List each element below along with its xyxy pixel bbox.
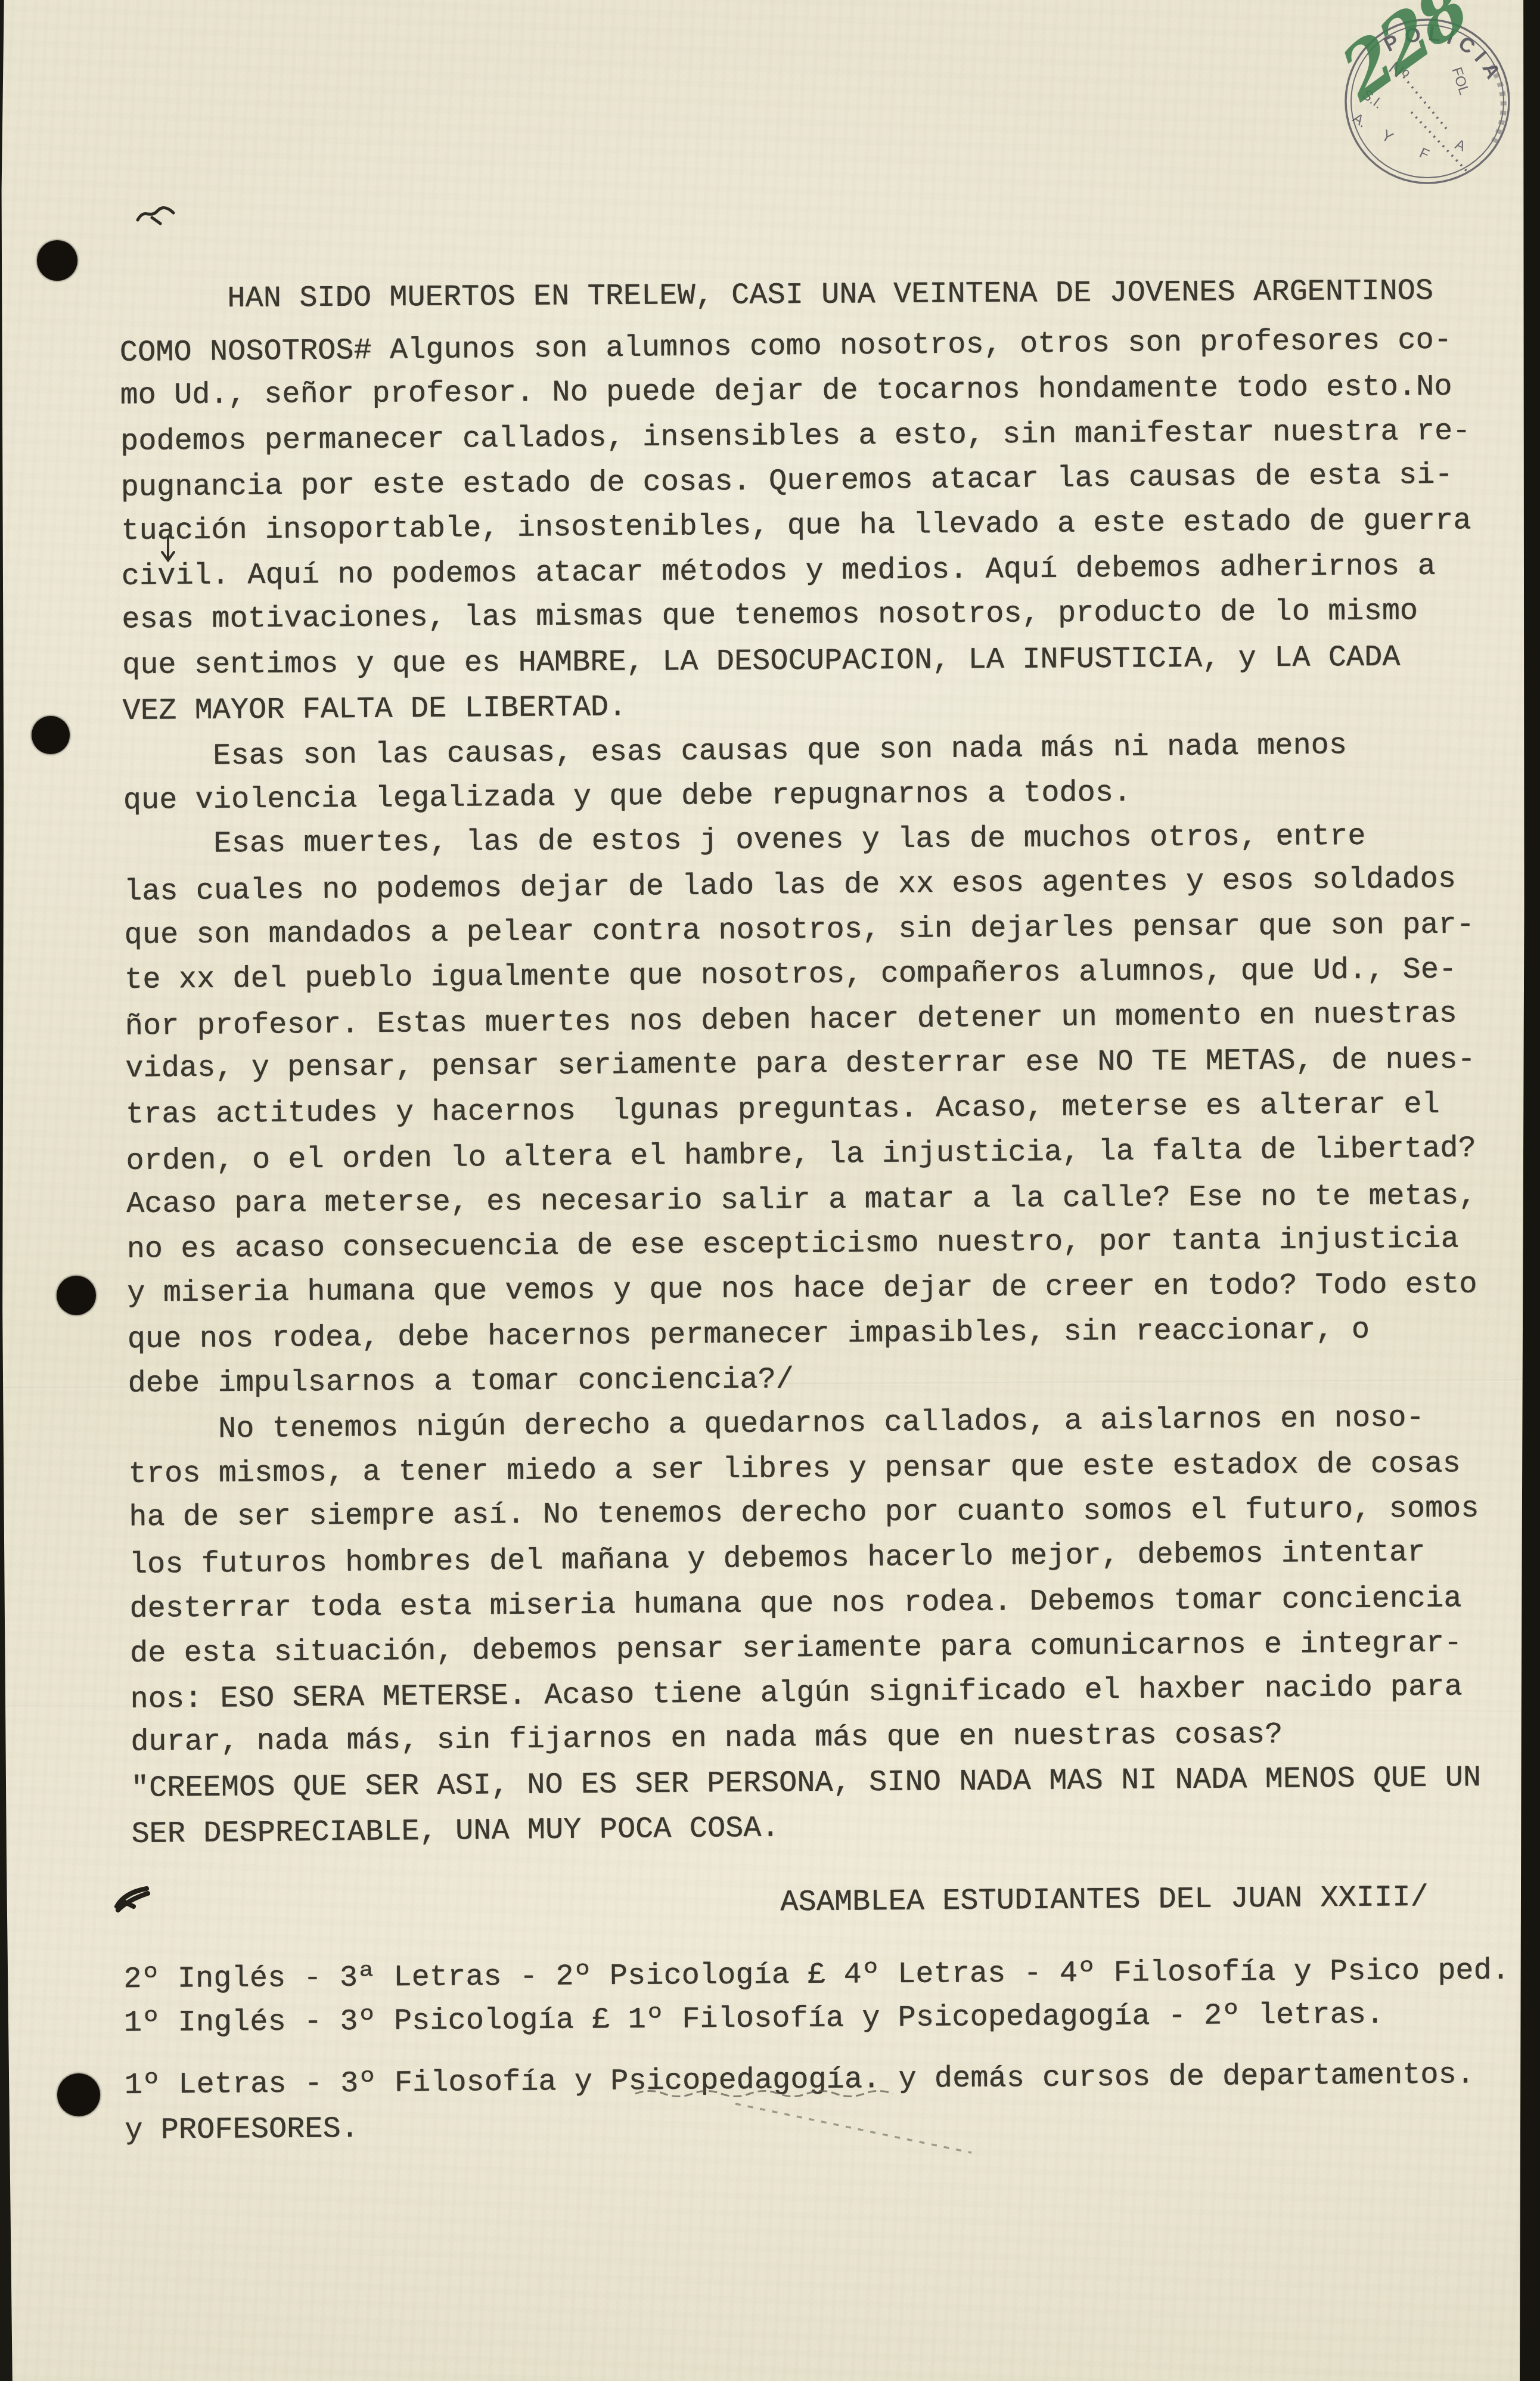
pen-arrow-mark [156,535,180,565]
stamp-label-a2: A [1453,137,1468,155]
punch-hole-mark [32,716,70,754]
ink-blot-mark [113,1883,155,1918]
text-line: vidas, y pensar, pensar seriamente para … [125,1037,1514,1092]
text-line: ASAMBLEA ESTUDIANTES DEL JUAN XXIII/ [132,1875,1521,1931]
typewritten-text: HAN SIDO MUERTOS EN TRELEW, CASI UNA VEI… [119,267,1523,2153]
scanned-typewritten-document: { "document": { "lines": [ {"t": " HAN S… [0,0,1540,2381]
text-line: esas motivaciones, las mismas que tenemo… [122,588,1510,643]
pencil-dash-line [733,2095,983,2161]
punch-hole-mark [37,240,77,281]
text-line: HAN SIDO MUERTOS EN TRELEW, CASI UNA VEI… [119,269,1508,323]
text-line: mo Ud., señor profesor. No puede dejar d… [120,364,1508,418]
text-line: y miseria humana que vemos y que nos hac… [127,1262,1516,1316]
text-line: 1º Inglés - 3º Psicología £ 1º Filosofía… [124,1992,1522,2046]
punch-hole-mark [57,2073,100,2116]
stamp-label-y: Y [1378,126,1396,147]
pen-squiggle-mark [134,200,182,232]
text-line: que sentimos y que es HAMBRE, LA DESOCUP… [122,635,1511,689]
text-line: durar, nada más, sin fijarnos en nada má… [131,1711,1519,1765]
stamp-label-f: F [1417,145,1432,163]
punch-hole-mark [57,1276,96,1315]
stamp-label-folio: FOL [1448,66,1472,97]
text-line: Acaso para meterse, es necesario salir a… [126,1173,1515,1227]
